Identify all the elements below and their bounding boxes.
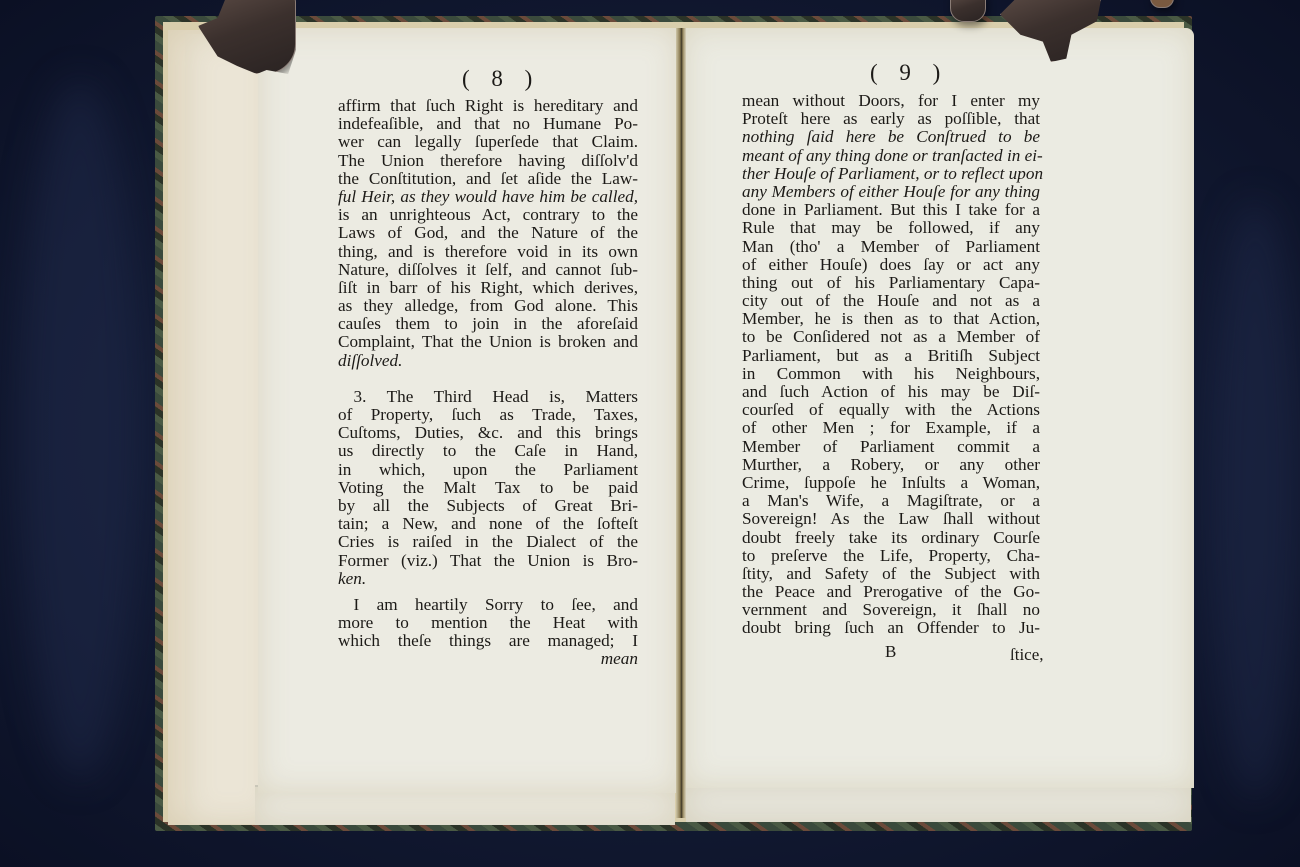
page-number-right: ( 9 ) xyxy=(870,60,948,86)
text-line: mean without Doors, for I enter my xyxy=(742,92,1040,110)
text-line: of other Men ; for Example, if a xyxy=(742,419,1040,437)
book-gutter xyxy=(676,28,686,818)
text-line: ken. xyxy=(338,570,638,588)
text-line: Nature, diſſolves it ſelf, and cannot ſu… xyxy=(338,261,638,279)
text-line: thing, and is therefore void in its own xyxy=(338,243,638,261)
cloth-fold xyxy=(20,80,140,780)
text-line: Sovereign! As the Law ſhall without xyxy=(742,510,1040,528)
text-line: nothing ſaid here be Conſtrued to be xyxy=(742,128,1040,146)
text-line: a Man's Wife, a Magiſtrate, or a xyxy=(742,492,1040,510)
page-clamp-right-small xyxy=(950,0,986,22)
page-clamp-right-tiny xyxy=(1150,0,1174,8)
text-line: I am heartily Sorry to ſee, and xyxy=(338,596,638,614)
text-line: Murther, a Robery, or any other xyxy=(742,456,1040,474)
text-line: of Property, ſuch as Trade, Taxes, xyxy=(338,406,638,424)
signature-mark: B xyxy=(885,642,896,662)
text-line: Cuſtoms, Duties, &c. and this brings xyxy=(338,424,638,442)
text-line: Parliament, but as a Britiſh Subject xyxy=(742,347,1040,365)
text-line: thing out of his Parliamentary Capa- xyxy=(742,274,1040,292)
text-line: any Members of either Houſe for any thin… xyxy=(742,183,1040,201)
text-line: and ſuch Action of his may be Diſ- xyxy=(742,383,1040,401)
text-line: vernment and Sovereign, it ſhall no xyxy=(742,601,1040,619)
text-line: cauſes them to join in the aforeſaid xyxy=(338,315,638,333)
text-line: to be Conſidered not as a Member of xyxy=(742,328,1040,346)
text-line: Voting the Malt Tax to be paid xyxy=(338,479,638,497)
text-line: by all the Subjects of Great Bri- xyxy=(338,497,638,515)
text-line: Crime, ſuppoſe he Inſults a Woman, xyxy=(742,474,1040,492)
text-line: to preſerve the Life, Property, Cha- xyxy=(742,547,1040,565)
text-line: Former (viz.) That the Union is Bro- xyxy=(338,552,638,570)
text-line: the Conſtitution, and ſet aſide the Law- xyxy=(338,170,638,188)
text-line: as they alledge, from God alone. This xyxy=(338,297,638,315)
text-line: of either Houſe) does ſay or act any xyxy=(742,256,1040,274)
text-line: ſiſt in barr of his Right, which derives… xyxy=(338,279,638,297)
catchword: mean xyxy=(338,650,638,668)
text-line: Cries is raiſed in the Dialect of the xyxy=(338,533,638,551)
text-line: Complaint, That the Union is broken and xyxy=(338,333,638,351)
text-line: ſtity, and Safety of the Subject with xyxy=(742,565,1040,583)
text-line: Member, he is then as to that Action, xyxy=(742,310,1040,328)
text-line: The Union therefore having diſſolv'd xyxy=(338,152,638,170)
text-line: 3. The Third Head is, Matters xyxy=(338,388,638,406)
text-line: diſſolved. xyxy=(338,352,638,370)
text-line: us directly to the Caſe in Hand, xyxy=(338,442,638,460)
text-line: more to mention the Heat with xyxy=(338,614,638,632)
text-line: meant of any thing done or tranſacted in… xyxy=(742,147,1040,165)
right-page-text: mean without Doors, for I enter my Prote… xyxy=(742,92,1040,638)
text-line: Man (tho' a Member of Parliament xyxy=(742,238,1040,256)
text-line: Rule that may be followed, if any xyxy=(742,219,1040,237)
text-line: Laws of God, and the Nature of the xyxy=(338,224,638,242)
text-line: done in Parliament. But this I take for … xyxy=(742,201,1040,219)
text-line: ful Heir, as they would have him be call… xyxy=(338,188,638,206)
text-line: Member of Parliament commit a xyxy=(742,438,1040,456)
catchword: ſtice, xyxy=(1010,645,1044,665)
text-line: which theſe things are managed; I xyxy=(338,632,638,650)
text-line: the Peace and Prerogative of the Go- xyxy=(742,583,1040,601)
page-number-left: ( 8 ) xyxy=(462,66,540,92)
text-line: in Common with his Neighbours, xyxy=(742,365,1040,383)
cloth-fold xyxy=(1210,200,1300,800)
text-line: doubt freely take its ordinary Courſe xyxy=(742,529,1040,547)
text-line: ther Houſe of Parliament, or to reflect … xyxy=(742,165,1040,183)
text-line: Proteſt here as early as poſſible, that xyxy=(742,110,1040,128)
text-line: tain; a New, and none of the ſofteſt xyxy=(338,515,638,533)
text-line: indefeaſible, and that no Humane Po- xyxy=(338,115,638,133)
text-line: wer can legally ſuperſede that Claim. xyxy=(338,133,638,151)
text-line: is an unrighteous Act, contrary to the xyxy=(338,206,638,224)
text-line: city out of the Houſe and not as a xyxy=(742,292,1040,310)
text-line: affirm that ſuch Right is hereditary and xyxy=(338,97,638,115)
left-page-text: affirm that ſuch Right is hereditary and… xyxy=(338,97,638,669)
text-line: doubt bring ſuch an Offender to Ju- xyxy=(742,619,1040,637)
text-line: courſed of equally with the Actions xyxy=(742,401,1040,419)
text-line: in which, upon the Parliament xyxy=(338,461,638,479)
